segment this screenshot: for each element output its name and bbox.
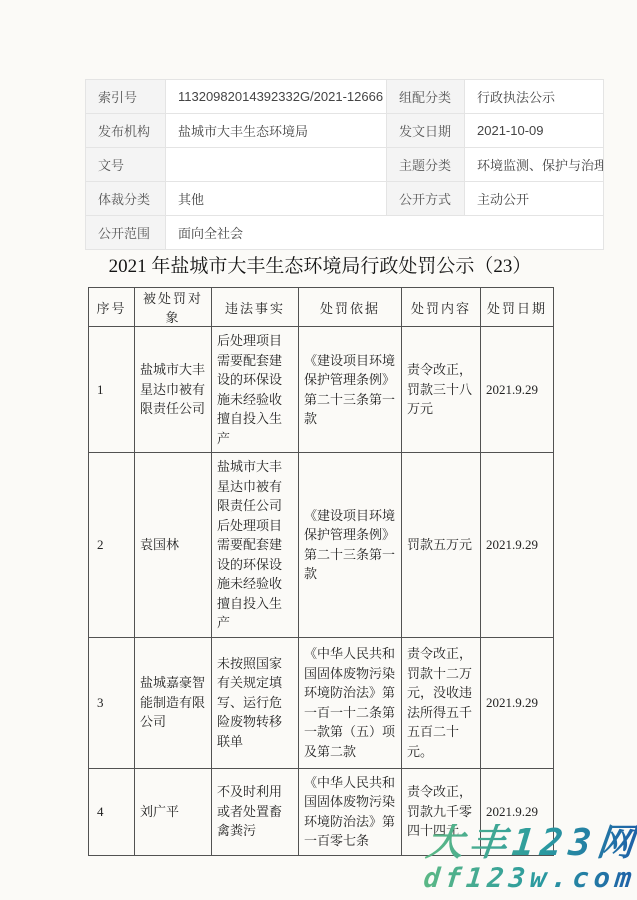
penalty-table: 序号 被处罚对象 违法事实 处罚依据 处罚内容 处罚日期 1 盐城市大丰星达巾被… [88, 287, 554, 856]
info-row: 文号 主题分类 环境监测、保护与治理 [86, 148, 604, 182]
info-row: 索引号 11320982014392332G/2021-12666 组配分类 行… [86, 80, 604, 114]
info-label-cell: 发文日期 [387, 114, 465, 148]
info-value-cell [166, 148, 387, 182]
info-value-cell: 面向全社会 [166, 216, 604, 250]
cell-date: 2021.9.29 [481, 327, 554, 453]
cell-facts: 未按照国家有关规定填写、运行危险废物转移联单 [212, 637, 299, 768]
column-header-content: 处罚内容 [402, 288, 481, 327]
info-table: 索引号 11320982014392332G/2021-12666 组配分类 行… [85, 79, 604, 250]
info-value-cell: 盐城市大丰生态环境局 [166, 114, 387, 148]
cell-date: 2021.9.29 [481, 453, 554, 638]
info-value-cell: 行政执法公示 [465, 80, 604, 114]
watermark-line-chinese: 大丰123网 [424, 824, 637, 861]
info-label-cell: 公开范围 [86, 216, 166, 250]
column-header-facts: 违法事实 [212, 288, 299, 327]
info-label-cell: 体裁分类 [86, 182, 166, 216]
cell-basis: 《中华人民共和国固体废物污染环境防治法》第一百零七条 [299, 768, 402, 855]
info-value-cell: 其他 [166, 182, 387, 216]
cell-target: 刘广平 [135, 768, 212, 855]
cell-target: 袁国林 [135, 453, 212, 638]
info-value-cell: 环境监测、保护与治理 [465, 148, 604, 182]
table-row: 3 盐城嘉豪智能制造有限公司 未按照国家有关规定填写、运行危险废物转移联单 《中… [89, 637, 554, 768]
penalty-header-row: 序号 被处罚对象 违法事实 处罚依据 处罚内容 处罚日期 [89, 288, 554, 327]
info-row: 体裁分类 其他 公开方式 主动公开 [86, 182, 604, 216]
info-value-cell: 主动公开 [465, 182, 604, 216]
table-row: 1 盐城市大丰星达巾被有限责任公司 后处理项目需要配套建设的环保设施未经验收擅自… [89, 327, 554, 453]
cell-date: 2021.9.29 [481, 637, 554, 768]
cell-facts: 后处理项目需要配套建设的环保设施未经验收擅自投入生产 [212, 327, 299, 453]
cell-facts: 盐城市大丰星达巾被有限责任公司后处理项目需要配套建设的环保设施未经验收擅自投入生… [212, 453, 299, 638]
info-row: 发布机构 盐城市大丰生态环境局 发文日期 2021-10-09 [86, 114, 604, 148]
info-row: 公开范围 面向全社会 [86, 216, 604, 250]
watermark-line-domain: df123w.com [421, 865, 637, 892]
column-header-target: 被处罚对象 [135, 288, 212, 327]
cell-seq: 1 [89, 327, 135, 453]
cell-seq: 4 [89, 768, 135, 855]
cell-basis: 《建设项目环境保护管理条例》第二十三条第一款 [299, 327, 402, 453]
cell-target: 盐城嘉豪智能制造有限公司 [135, 637, 212, 768]
info-label-cell: 索引号 [86, 80, 166, 114]
info-label-cell: 组配分类 [387, 80, 465, 114]
column-header-basis: 处罚依据 [299, 288, 402, 327]
site-watermark: 大丰123网 df123w.com [421, 824, 637, 892]
cell-content: 责令改正，罚款三十八万元 [402, 327, 481, 453]
info-label-cell: 发布机构 [86, 114, 166, 148]
column-header-seq: 序号 [89, 288, 135, 327]
cell-basis: 《建设项目环境保护管理条例》第二十三条第一款 [299, 453, 402, 638]
cell-content: 罚款五万元 [402, 453, 481, 638]
cell-seq: 2 [89, 453, 135, 638]
cell-target: 盐城市大丰星达巾被有限责任公司 [135, 327, 212, 453]
info-value-cell: 11320982014392332G/2021-12666 [166, 80, 387, 114]
cell-content: 责令改正，罚款十二万元，没收违法所得五千五百二十元。 [402, 637, 481, 768]
cell-basis: 《中华人民共和国固体废物污染环境防治法》第一百一十二条第一款第（五）项及第二款 [299, 637, 402, 768]
page-title: 2021 年盐城市大丰生态环境局行政处罚公示（23） [70, 251, 570, 278]
info-label-cell: 公开方式 [387, 182, 465, 216]
column-header-date: 处罚日期 [481, 288, 554, 327]
info-value-cell: 2021-10-09 [465, 114, 604, 148]
info-label-cell: 主题分类 [387, 148, 465, 182]
table-row: 2 袁国林 盐城市大丰星达巾被有限责任公司后处理项目需要配套建设的环保设施未经验… [89, 453, 554, 638]
info-label-cell: 文号 [86, 148, 166, 182]
cell-seq: 3 [89, 637, 135, 768]
cell-facts: 不及时利用或者处置畜禽粪污 [212, 768, 299, 855]
